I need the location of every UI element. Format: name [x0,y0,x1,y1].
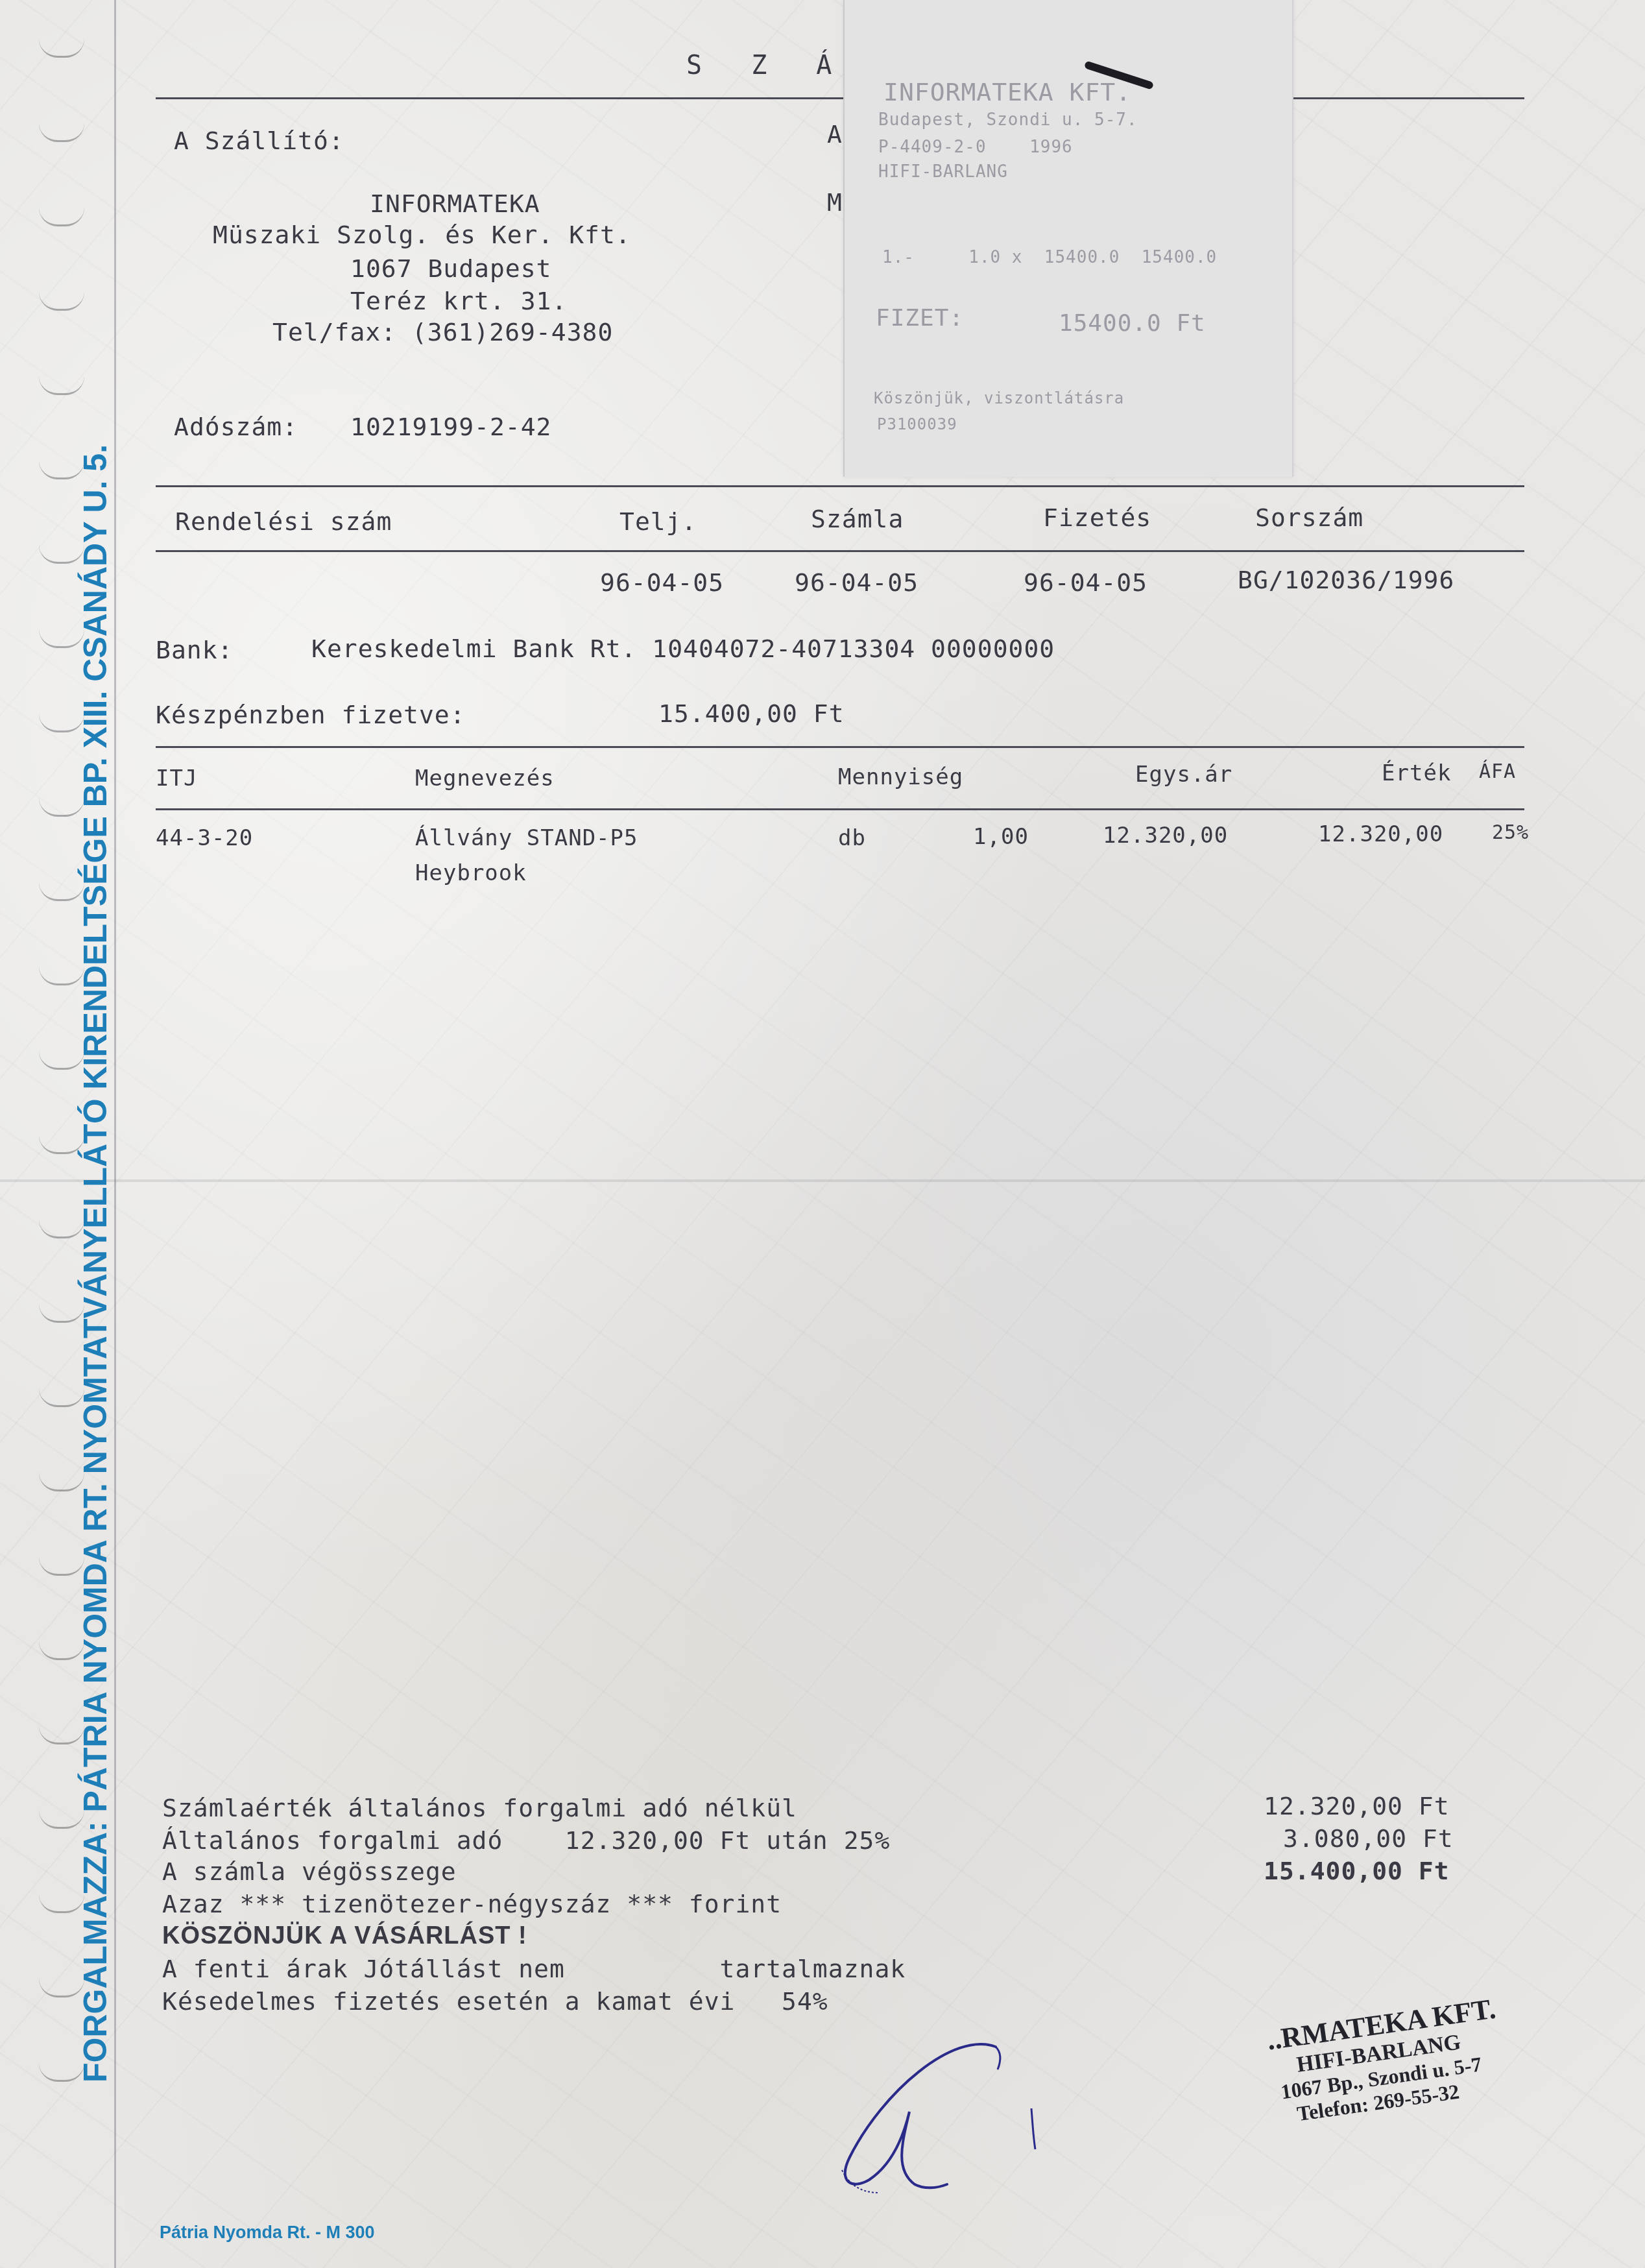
handwritten-signature [791,2034,1064,2202]
thank-you-note: KÖSZÖNJÜK A VÁSÁRLÁST ! [162,1922,527,1950]
receipt-address: Budapest, Szondi u. 5-7. [878,110,1138,130]
items-table-mid-rule [156,808,1524,810]
order-table-mid-rule [156,550,1524,552]
order-table-top-rule [156,485,1524,487]
summary-vat-value: 3.080,00 Ft [1283,1824,1454,1853]
items-header-megnevezes: Megnevezés [415,766,555,791]
summary-amount-in-words: Azaz *** tizenötezer-négyszáz *** forint [162,1890,782,1918]
summary-net-label: Számlaérték általános forgalmi adó nélkü… [162,1794,797,1822]
buyer-label-partial: A [827,120,843,149]
cash-paid-amount: 15.400,00 Ft [658,699,845,728]
item-quantity: 1,00 [973,824,1029,850]
item-itj: 44-3-20 [156,825,253,851]
printer-footer: Pátria Nyomda Rt. - M 300 [160,2223,375,2243]
order-value-sorszam: BG/102036/1996 [1238,566,1454,594]
receipt-pay-amount: 15400.0 Ft [1059,310,1206,337]
summary-total-value: 15.400,00 Ft [1264,1857,1450,1885]
summary-total-label: A számla végösszege [162,1857,457,1886]
perforation-margin-line [114,0,116,2268]
fold-crease [0,1179,1645,1182]
cash-paid-label: Készpénzben fizetve: [156,701,466,729]
bank-label: Bank: [156,636,233,664]
supplier-street: Teréz krt. 31. [350,287,567,315]
items-header-egysar: Egys.ár [1135,762,1232,788]
receipt-header: INFORMATEKA KFT. [883,78,1131,106]
side-imprint: FORGALMAZZA: PÁTRIA NYOMDA RT. NYOMTATVÁ… [77,201,114,2082]
item-unit: db [838,825,866,851]
receipt-item-line: 1.- 1.0 x 15400.0 15400.0 [882,248,1217,267]
receipt-shop-name: HIFI-BARLANG [878,162,1008,182]
order-value-fizetes: 96-04-05 [1024,568,1147,597]
summary-net-value: 12.320,00 Ft [1264,1792,1450,1820]
receipt-code: P3100039 [877,415,957,433]
items-header-itj: ITJ [156,766,197,791]
supplier-phone: Tel/fax: (361)269-4380 [272,318,613,346]
item-unit-price: 12.320,00 [1103,823,1228,849]
items-header-mennyiseg: Mennyiség [838,764,963,790]
receipt-code-line: P-4409-2-0 1996 [878,138,1073,157]
summary-vat-label: Általános forgalmi adó 12.320,00 Ft után… [162,1826,890,1855]
item-vat-rate: 25% [1492,821,1529,844]
items-table-top-rule [156,746,1524,748]
feed-hole [39,39,84,58]
tax-number: 10219199-2-42 [350,413,551,441]
items-header-ertek: Érték [1382,760,1451,786]
order-value-telj: 96-04-05 [600,568,724,597]
supplier-company-type: Müszaki Szolg. és Ker. Kft. [213,221,631,249]
stapled-cash-receipt: INFORMATEKA KFT. Budapest, Szondi u. 5-7… [843,0,1293,477]
order-header-fizetes: Fizetés [1043,503,1151,532]
order-header-rendelesi-szam: Rendelési szám [175,507,392,536]
order-header-telj: Telj. [619,507,697,536]
item-name-brand: Heybrook [415,860,527,886]
buyer-line-partial: M [827,188,843,217]
order-header-sorszam: Sorszám [1255,503,1363,532]
supplier-city: 1067 Budapest [350,254,551,283]
supplier-name: INFORMATEKA [370,189,540,218]
late-fee-note: Késedelmes fizetés esetén a kamat évi 54… [162,1987,828,2016]
item-name: Állvány STAND-P5 [415,825,638,851]
items-header-afa: ÁFA [1479,760,1516,783]
bank-account: Kereskedelmi Bank Rt. 10404072-40713304 … [311,634,1055,663]
order-value-szamla: 96-04-05 [795,568,919,597]
receipt-pay-label: FIZET: [876,305,964,332]
supplier-label: A Szállító: [174,127,344,155]
tax-number-label: Adószám: [174,413,298,441]
title-rule [156,97,1524,99]
order-header-szamla: Számla [811,505,904,533]
warranty-note: A fenti árak Jótállást nem tartalmaznak [162,1955,906,1983]
feed-hole [39,123,84,142]
item-value: 12.320,00 [1318,821,1443,847]
receipt-thanks: Köszönjük, viszontlátásra [874,389,1124,407]
